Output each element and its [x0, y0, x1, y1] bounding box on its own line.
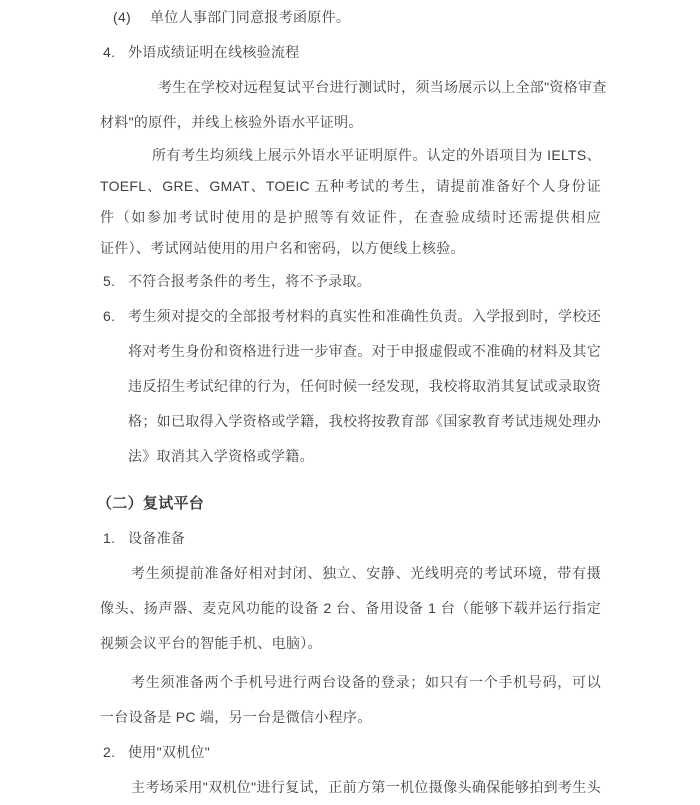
list-item-line: (4)单位人事部门同意报考函原件。	[113, 0, 601, 35]
text-line: 视频会议平台的智能手机、电脑）。	[100, 626, 601, 661]
text-line: 考生须准备两个手机号进行两台设备的登录；如只有一个手机号码，可以	[100, 665, 601, 700]
line-text: 考生须对提交的全部报考材料的真实性和准确性负责。入学报到时，学校还	[128, 299, 601, 334]
text-line: 证件）、考试网站使用的用户名和密码，以方便线上核验。	[100, 233, 601, 264]
list-marker: 2.	[103, 735, 128, 770]
text-line: 件（如参加考试时使用的是护照等有效证件，在查验成绩时还需提供相应	[100, 202, 601, 233]
text-line: 主考场采用"双机位"进行复试，正前方第一机位摄像头确保能够拍到考生头	[100, 770, 601, 805]
section-heading: （二）复试平台	[97, 486, 601, 521]
list-marker: (4)	[113, 0, 150, 35]
list-item-line: 6.考生须对提交的全部报考材料的真实性和准确性负责。入学报到时，学校还	[103, 299, 601, 334]
line-text: 单位人事部门同意报考函原件。	[150, 0, 601, 35]
list-marker: 1.	[103, 521, 128, 556]
text-line: 格；如已取得入学资格或学籍，我校将按教育部《国家教育考试违规处理办	[128, 404, 601, 439]
text-line: 一台设备是 PC 端，另一台是微信小程序。	[100, 700, 601, 735]
list-marker: 4.	[103, 35, 128, 70]
line-text: 设备准备	[128, 521, 601, 556]
list-item-line: 4.外语成绩证明在线核验流程	[103, 35, 601, 70]
list-item-line: 1.设备准备	[103, 521, 601, 556]
list-item-line: 5.不符合报考条件的考生，将不予录取。	[103, 264, 601, 299]
document-page: (4)单位人事部门同意报考函原件。4.外语成绩证明在线核验流程考生在学校对远程复…	[0, 0, 700, 805]
text-line: 法》取消其入学资格或学籍。	[128, 439, 601, 474]
line-text: 不符合报考条件的考生，将不予录取。	[128, 264, 601, 299]
text-line: 考生须提前准备好相对封闭、独立、安静、光线明亮的考试环境，带有摄	[100, 556, 601, 591]
line-text: 使用"双机位"	[128, 735, 601, 770]
text-line: 违反招生考试纪律的行为，任何时候一经发现，我校将取消其复试或录取资	[128, 369, 601, 404]
text-line: 像头、扬声器、麦克风功能的设备 2 台、备用设备 1 台（能够下载并运行指定	[100, 591, 601, 626]
text-line: 将对考生身份和资格进行进一步审查。对于申报虚假或不准确的材料及其它	[128, 334, 601, 369]
text-line: TOEFL、GRE、GMAT、TOEIC 五种考试的考生，请提前准备好个人身份证	[100, 171, 601, 202]
list-marker: 6.	[103, 299, 128, 334]
text-line: 考生在学校对远程复试平台进行测试时，须当场展示以上全部"资格审查	[100, 70, 601, 105]
list-marker: 5.	[103, 264, 128, 299]
text-line: 材料"的原件，并线上核验外语水平证明。	[100, 105, 601, 140]
list-item-line: 2.使用"双机位"	[103, 735, 601, 770]
text-line: 所有考生均须线上展示外语水平证明原件。认定的外语项目为 IELTS、	[100, 140, 601, 171]
line-text: 外语成绩证明在线核验流程	[128, 35, 601, 70]
